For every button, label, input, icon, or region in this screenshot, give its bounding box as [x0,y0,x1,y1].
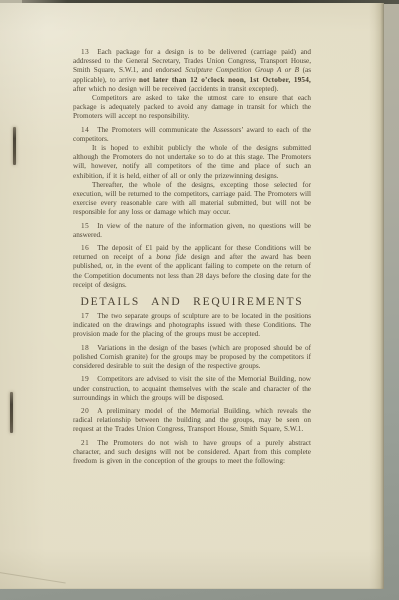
paragraph-19-text: Competitors are advised to visit the sit… [73,375,311,401]
paragraph-13-number: 13 [81,48,89,56]
paragraph-15-text: In view of the nature of the information… [73,222,311,239]
paragraph-17: 17The two separate groups of sculpture a… [73,312,311,340]
section-heading: DETAILS AND REQUIREMENTS [73,296,311,308]
paragraph-17-number: 17 [81,312,89,320]
paragraph-17-text: The two separate groups of sculpture are… [73,312,311,338]
paragraph-18-text: Variations in the design of the bases (w… [73,344,311,370]
paragraph-19-number: 19 [81,375,89,383]
paragraph-18: 18Variations in the design of the bases … [73,344,311,372]
paragraph-13-bold-deadline: not later than 12 o’clock noon, 1st Octo… [139,76,311,84]
paragraph-16-number: 16 [81,244,89,252]
paragraph-14-continued-2: Thereafter, the whole of the designs, ex… [73,181,311,218]
paragraph-14-continued-1: It is hoped to exhibit publicly the whol… [73,144,311,181]
staple-bottom [10,392,13,433]
paragraph-15: 15In view of the nature of the informati… [73,222,311,240]
paper-crease [0,572,66,584]
paragraph-20: 20A preliminary model of the Memorial Bu… [73,407,311,435]
paragraph-13-italic-endorsement: Sculpture Competition Group A or B [185,66,299,74]
paragraph-15-number: 15 [81,222,89,230]
staple-top [13,127,16,165]
paragraph-14-text: The Promoters will communicate the Asses… [73,126,311,143]
paragraph-20-text: A preliminary model of the Memorial Buil… [73,407,311,433]
paragraph-16-italic-bona-fide: bona fide [156,253,186,261]
page-right-edge [369,3,384,589]
paragraph-21: 21The Promoters do not wish to have grou… [73,439,311,467]
paragraph-18-number: 18 [81,344,89,352]
paragraph-21-number: 21 [81,439,89,447]
paragraph-19: 19Competitors are advised to visit the s… [73,375,311,403]
paragraph-13: 13Each package for a design is to be del… [73,48,311,94]
paragraph-16: 16The deposit of £1 paid by the applican… [73,244,311,290]
paragraph-13-text-3: after which no design will be received (… [73,85,278,93]
paragraph-20-number: 20 [81,407,89,415]
paragraph-14: 14The Promoters will communicate the Ass… [73,126,311,144]
paragraph-14-number: 14 [81,126,89,134]
text-block: 13Each package for a design is to be del… [73,48,311,466]
document-page: 13Each package for a design is to be del… [0,3,384,589]
paragraph-21-text: The Promoters do not wish to have groups… [73,439,311,465]
paragraph-13-continued: Competitors are asked to take the utmost… [73,94,311,122]
